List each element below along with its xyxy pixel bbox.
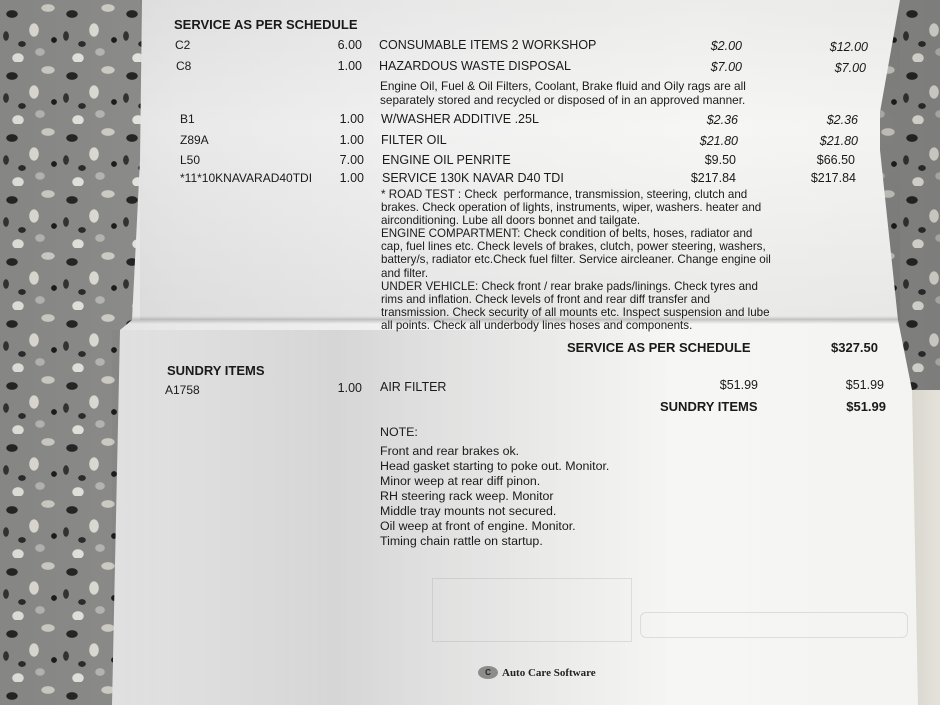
line-amount: $21.80: [806, 134, 858, 148]
line-code: Z89A: [180, 133, 209, 147]
line-unit-price: $7.00: [690, 60, 742, 74]
note-item: Oil weep at front of engine. Monitor.: [380, 519, 576, 534]
line-amount: $2.36: [806, 113, 858, 127]
line-description: HAZARDOUS WASTE DISPOSAL: [379, 59, 571, 73]
service-checklist-description: * ROAD TEST : Check performance, transmi…: [381, 188, 771, 332]
line-code: B1: [180, 112, 195, 126]
hazardous-waste-note: Engine Oil, Fuel & Oil Filters, Coolant,…: [380, 79, 746, 107]
software-footer: C Auto Care Software: [478, 666, 596, 679]
software-brand: Auto Care Software: [502, 667, 596, 679]
line-unit-price: $2.00: [690, 39, 742, 53]
note-item: Head gasket starting to poke out. Monito…: [380, 459, 609, 474]
line-unit-price: $9.50: [684, 153, 736, 167]
subtotal-amount-service: $327.50: [818, 341, 878, 355]
subtotal-label-sundry: SUNDRY ITEMS: [660, 400, 758, 414]
line-amount: $217.84: [798, 171, 856, 185]
line-qty: 1.00: [320, 381, 362, 395]
line-code: C2: [175, 38, 190, 52]
line-unit-price: $21.80: [686, 134, 738, 148]
line-qty: 1.00: [320, 59, 362, 73]
line-qty: 6.00: [320, 38, 362, 52]
line-description: SERVICE 130K NAVAR D40 TDI: [382, 171, 564, 185]
line-code: A1758: [165, 383, 200, 397]
line-unit-price: $217.84: [680, 171, 736, 185]
line-unit-price: $51.99: [702, 378, 758, 392]
line-description: AIR FILTER: [380, 380, 446, 394]
show-through-box: [640, 612, 908, 638]
line-code: *11*10KNAVARAD40TDI: [180, 171, 312, 185]
note-item: RH steering rack weep. Monitor: [380, 489, 554, 504]
line-description: ENGINE OIL PENRITE: [382, 153, 511, 167]
subtotal-amount-sundry: $51.99: [826, 400, 886, 414]
note-item: Middle tray mounts not secured.: [380, 504, 556, 519]
auto-care-logo-icon: C: [478, 666, 498, 679]
line-description: W/WASHER ADDITIVE .25L: [381, 112, 539, 126]
note-item: Timing chain rattle on startup.: [380, 534, 543, 549]
line-description: CONSUMABLE ITEMS 2 WORKSHOP: [379, 38, 596, 52]
line-qty: 1.00: [322, 133, 364, 147]
line-amount: $51.99: [826, 378, 884, 392]
note-item: Front and rear brakes ok.: [380, 444, 519, 459]
line-qty: 1.00: [322, 171, 364, 185]
subtotal-label-service: SERVICE AS PER SCHEDULE: [567, 341, 751, 355]
line-description: FILTER OIL: [381, 133, 447, 147]
line-code: L50: [180, 153, 200, 167]
section-heading-sundry: SUNDRY ITEMS: [167, 364, 265, 378]
line-amount: $12.00: [812, 40, 868, 54]
line-code: C8: [176, 59, 191, 73]
section-heading-service: SERVICE AS PER SCHEDULE: [174, 18, 358, 32]
show-through-table: [432, 578, 632, 642]
line-amount: $66.50: [803, 153, 855, 167]
line-qty: 7.00: [322, 153, 364, 167]
notes-heading: NOTE:: [380, 425, 418, 440]
line-unit-price: $2.36: [686, 113, 738, 127]
line-qty: 1.00: [322, 112, 364, 126]
line-amount: $7.00: [812, 61, 866, 75]
note-item: Minor weep at rear diff pinon.: [380, 474, 540, 489]
